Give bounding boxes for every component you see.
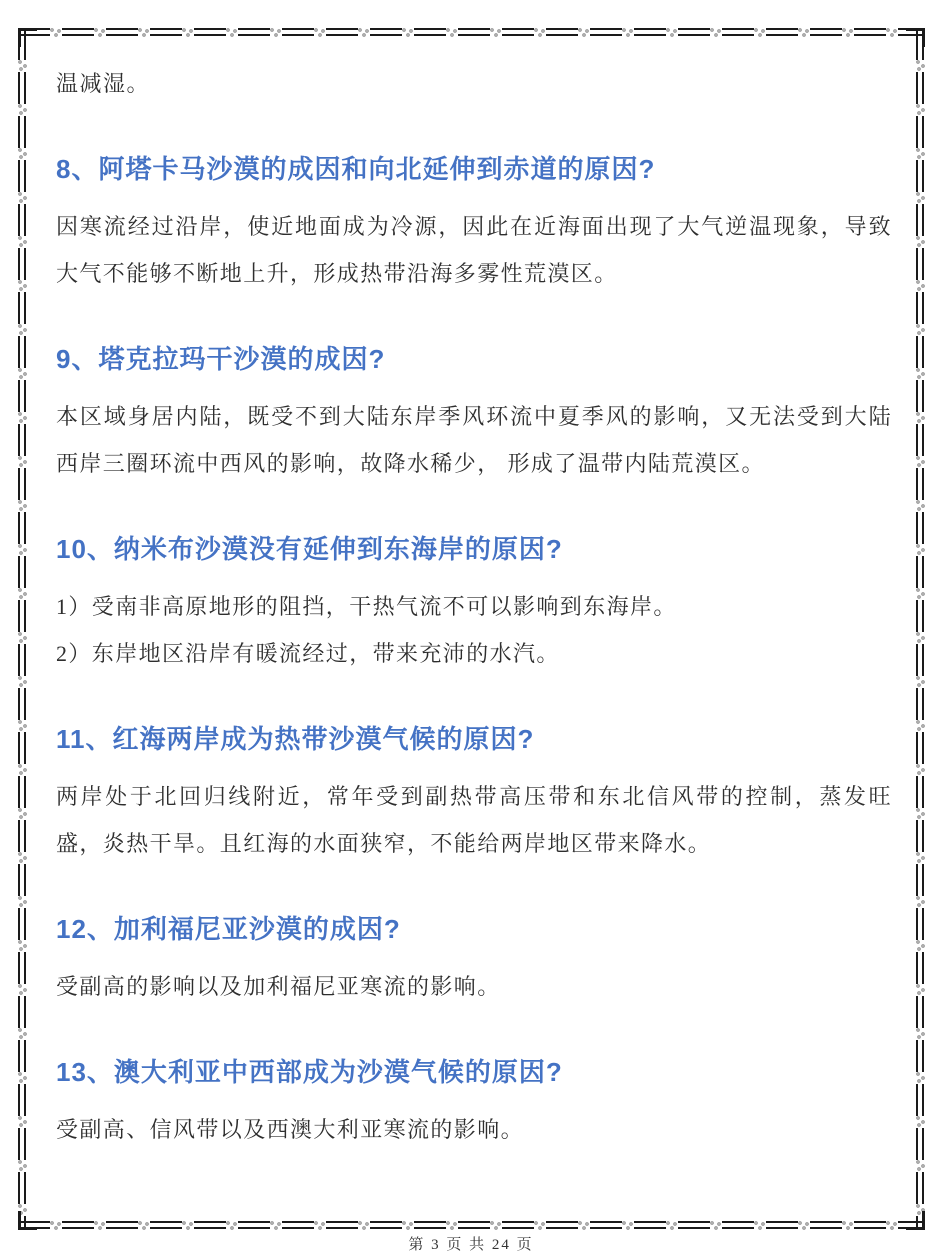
border-corner-top-left xyxy=(18,28,37,47)
page-number-indicator: 第 3 页 共 24 页 xyxy=(0,1233,942,1254)
section-paragraph: 受副高、信风带以及西澳大利亚寒流的影响。 xyxy=(56,1106,892,1153)
section-q11: 11、红海两岸成为热带沙漠气候的原因? 两岸处于北回归线附近，常年受到副热带高压… xyxy=(56,721,892,867)
section-heading: 10、纳米布沙漠没有延伸到东海岸的原因? xyxy=(56,531,892,567)
border-corner-bottom-left xyxy=(18,1211,37,1230)
section-heading: 12、加利福尼亚沙漠的成因? xyxy=(56,911,892,947)
section-paragraph: 受副高的影响以及加利福尼亚寒流的影响。 xyxy=(56,963,892,1010)
section-heading: 11、红海两岸成为热带沙漠气候的原因? xyxy=(56,721,892,757)
section-heading: 9、塔克拉玛干沙漠的成因? xyxy=(56,341,892,377)
document-content: 温减湿。 8、阿塔卡马沙漠的成因和向北延伸到赤道的原因? 因寒流经过沿岸，使近地… xyxy=(56,36,892,1216)
section-q8: 8、阿塔卡马沙漠的成因和向北延伸到赤道的原因? 因寒流经过沿岸，使近地面成为冷源… xyxy=(56,151,892,297)
section-paragraph: 本区域身居内陆，既受不到大陆东岸季风环流中夏季风的影响，又无法受到大陆西岸三圈环… xyxy=(56,393,892,487)
border-right-edge xyxy=(916,28,925,1230)
border-corner-bottom-right xyxy=(906,1211,925,1230)
section-heading: 13、澳大利亚中西部成为沙漠气候的原因? xyxy=(56,1054,892,1090)
section-q10: 10、纳米布沙漠没有延伸到东海岸的原因? 1）受南非高原地形的阻挡，干热气流不可… xyxy=(56,531,892,677)
section-q9: 9、塔克拉玛干沙漠的成因? 本区域身居内陆，既受不到大陆东岸季风环流中夏季风的影… xyxy=(56,341,892,487)
continued-paragraph: 温减湿。 xyxy=(56,60,892,107)
document-page: 温减湿。 8、阿塔卡马沙漠的成因和向北延伸到赤道的原因? 因寒流经过沿岸，使近地… xyxy=(0,0,942,1256)
section-q13: 13、澳大利亚中西部成为沙漠气候的原因? 受副高、信风带以及西澳大利亚寒流的影响… xyxy=(56,1054,892,1153)
border-left-edge xyxy=(18,28,27,1230)
section-list-item-2: 2）东岸地区沿岸有暖流经过，带来充沛的水汽。 xyxy=(56,630,892,677)
section-list-item-1: 1）受南非高原地形的阻挡，干热气流不可以影响到东海岸。 xyxy=(56,583,892,630)
section-q12: 12、加利福尼亚沙漠的成因? 受副高的影响以及加利福尼亚寒流的影响。 xyxy=(56,911,892,1010)
section-heading: 8、阿塔卡马沙漠的成因和向北延伸到赤道的原因? xyxy=(56,151,892,187)
border-bottom-edge xyxy=(18,1221,925,1230)
section-paragraph: 因寒流经过沿岸，使近地面成为冷源，因此在近海面出现了大气逆温现象，导致大气不能够… xyxy=(56,203,892,297)
border-corner-top-right xyxy=(906,28,925,47)
section-paragraph: 两岸处于北回归线附近，常年受到副热带高压带和东北信风带的控制，蒸发旺盛，炎热干旱… xyxy=(56,773,892,867)
